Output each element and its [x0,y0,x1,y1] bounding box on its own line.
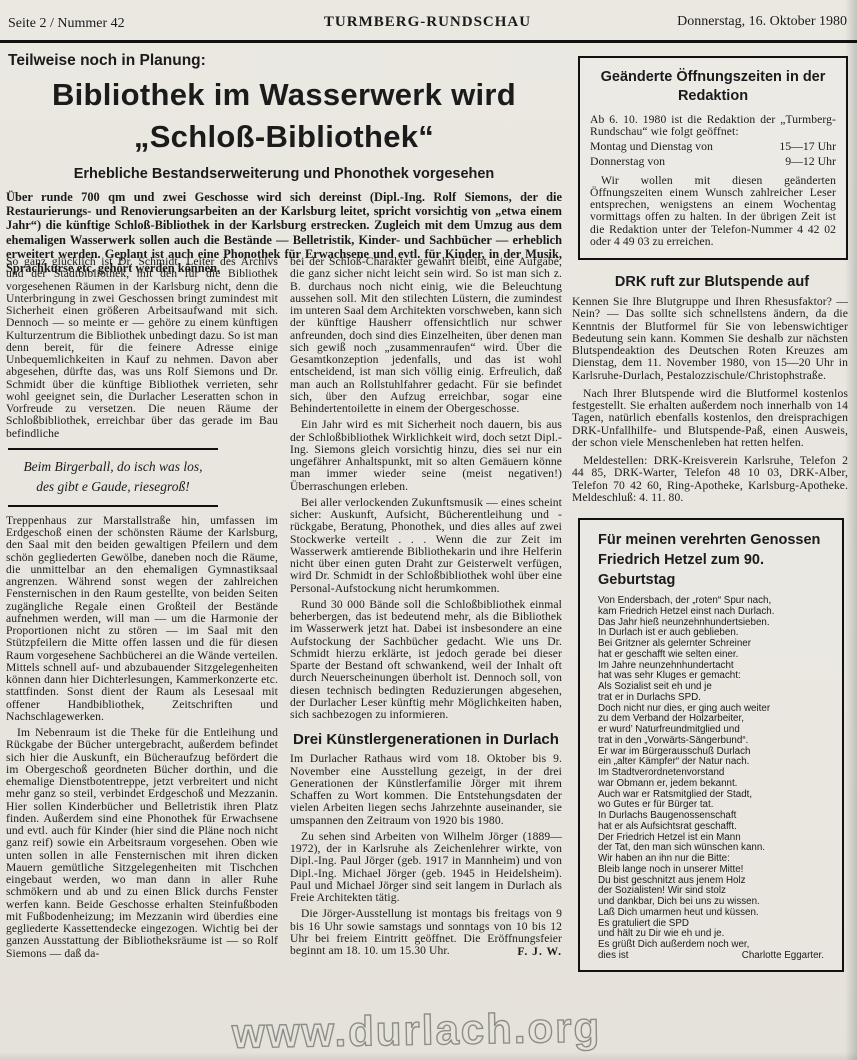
issue-date: Donnerstag, 16. Oktober 1980 [677,14,847,30]
article-column-2: bei der Schloß-Charakter gewahrt bleibt,… [290,256,562,1058]
body-paragraph: Zu sehen sind Arbeiten von Wilhelm Jörge… [290,831,562,905]
body-paragraph: Treppenhaus zur Marstallstraße hin, umfa… [6,515,278,723]
body-paragraph: So ganz glücklich ist Dr. Schmidt, Leite… [6,256,278,440]
birthday-title-line1: Für meinen verehrten Genossen [598,532,820,548]
schedule-row: Montag und Dienstag von 15—17 Uhr [590,139,836,154]
birthday-title-line2: Friedrich Hetzel zum 90. Geburtstag [598,552,764,588]
opening-hours-title: Geänderte Öffnungszeiten in der Redaktio… [590,68,836,106]
body-paragraph: Im Nebenraum ist die Theke für die Entle… [6,727,278,960]
birthday-title: Für meinen verehrten Genossen Friedrich … [598,530,838,590]
schedule-day: Montag und Dienstag von [590,139,713,154]
drk-paragraph: Kennen Sie Ihre Blutgruppe und Ihren Rhe… [572,296,848,382]
headline-line2: „Schloß-Bibliothek“ [134,119,434,154]
kicker: Teilweise noch in Planung: [8,52,562,70]
main-headline: Bibliothek im Wasserwerk wird „Schloß-Bi… [6,74,562,158]
poem-line: hat er geschafft wie selten einer. [598,650,838,661]
poem-line: Bleib lange noch in unserer Mitte! [598,865,838,876]
body-paragraph: Im Durlacher Rathaus wird vom 18. Oktobe… [290,753,562,827]
opening-hours-title-line2: Redaktion [678,88,748,104]
masthead: Seite 2 / Nummer 42 TURMBERG-RUNDSCHAU D… [8,10,847,38]
body-paragraph: Bei aller verlockenden Zukunftsmusik — e… [290,497,562,595]
drk-headline: DRK ruft zur Blutspende auf [570,274,854,290]
poem-closing-signature: Charlotte Eggarter. [742,951,824,962]
sidebar: Geänderte Öffnungszeiten in der Redaktio… [570,50,854,972]
scan-bottom-shadow [0,1052,857,1060]
drk-paragraph: Meldestellen: DRK-Kreisverein Karlsruhe,… [572,455,848,504]
poem-line: kam Friedrich Hetzel einst nach Durlach. [598,607,838,618]
main-article-head: Teilweise noch in Planung: Bibliothek im… [6,52,562,275]
masthead-rule [0,40,857,43]
second-article-headline: Drei Künstlergenerationen in Durlach [290,731,562,748]
pull-quote-line2: des gibt e Gaude, riesegroß! [36,479,190,494]
poem-line: Laß Dich umarmen heut und küssen. [598,908,838,919]
poem-line: war Obmann er, jedem bekannt. [598,779,838,790]
birthday-box: Für meinen verehrten Genossen Friedrich … [578,518,844,972]
poem-line: trat er in Durlachs SPD. [598,693,838,704]
article-column-1: So ganz glücklich ist Dr. Schmidt, Leite… [6,256,278,1058]
opening-hours-intro: Ab 6. 10. 1980 ist die Redaktion der „Tu… [590,114,836,139]
newspaper-page: Seite 2 / Nummer 42 TURMBERG-RUNDSCHAU D… [0,0,857,1060]
schedule-day: Donnerstag von [590,154,665,169]
opening-hours-box: Geänderte Öffnungszeiten in der Redaktio… [578,56,848,260]
opening-hours-title-line1: Geänderte Öffnungszeiten in der [601,69,826,85]
poem: Von Endersbach, der „roten“ Spur nach,ka… [598,596,838,951]
poem-closing: dies ist Charlotte Eggarter. [598,951,838,962]
schedule-row: Donnerstag von 9—12 Uhr [590,154,836,169]
poem-line: trat in den „Vorwärts-Sängerbund“. [598,736,838,747]
scan-edge-shadow [845,0,857,1060]
pull-quote-line1: Beim Birgerball, do isch was los, [23,459,202,474]
schedule-list: Montag und Dienstag von 15—17 Uhr Donner… [590,139,836,169]
schedule-time: 15—17 Uhr [779,139,836,154]
body-paragraph: Ein Jahr wird es mit Sicherheit noch dau… [290,419,562,493]
poem-line: hat er als Aufsichtsrat geschafft. [598,822,838,833]
headline-line1: Bibliothek im Wasserwerk wird [52,77,516,112]
pull-quote: Beim Birgerball, do isch was los, des gi… [8,448,218,507]
body-paragraph: Rund 30 000 Bände soll die Schloßbibliot… [290,599,562,722]
schedule-time: 9—12 Uhr [785,154,836,169]
opening-hours-note: Wir wollen mit diesen geänderten Öffnung… [590,175,836,249]
body-paragraph: bei der Schloß-Charakter gewahrt bleibt,… [290,256,562,415]
poem-closing-left: dies ist [598,951,629,962]
main-subhead: Erhebliche Bestandserweiterung und Phono… [6,166,562,182]
drk-paragraph: Nach Ihrer Blutspende wird die Blutforme… [572,388,848,449]
